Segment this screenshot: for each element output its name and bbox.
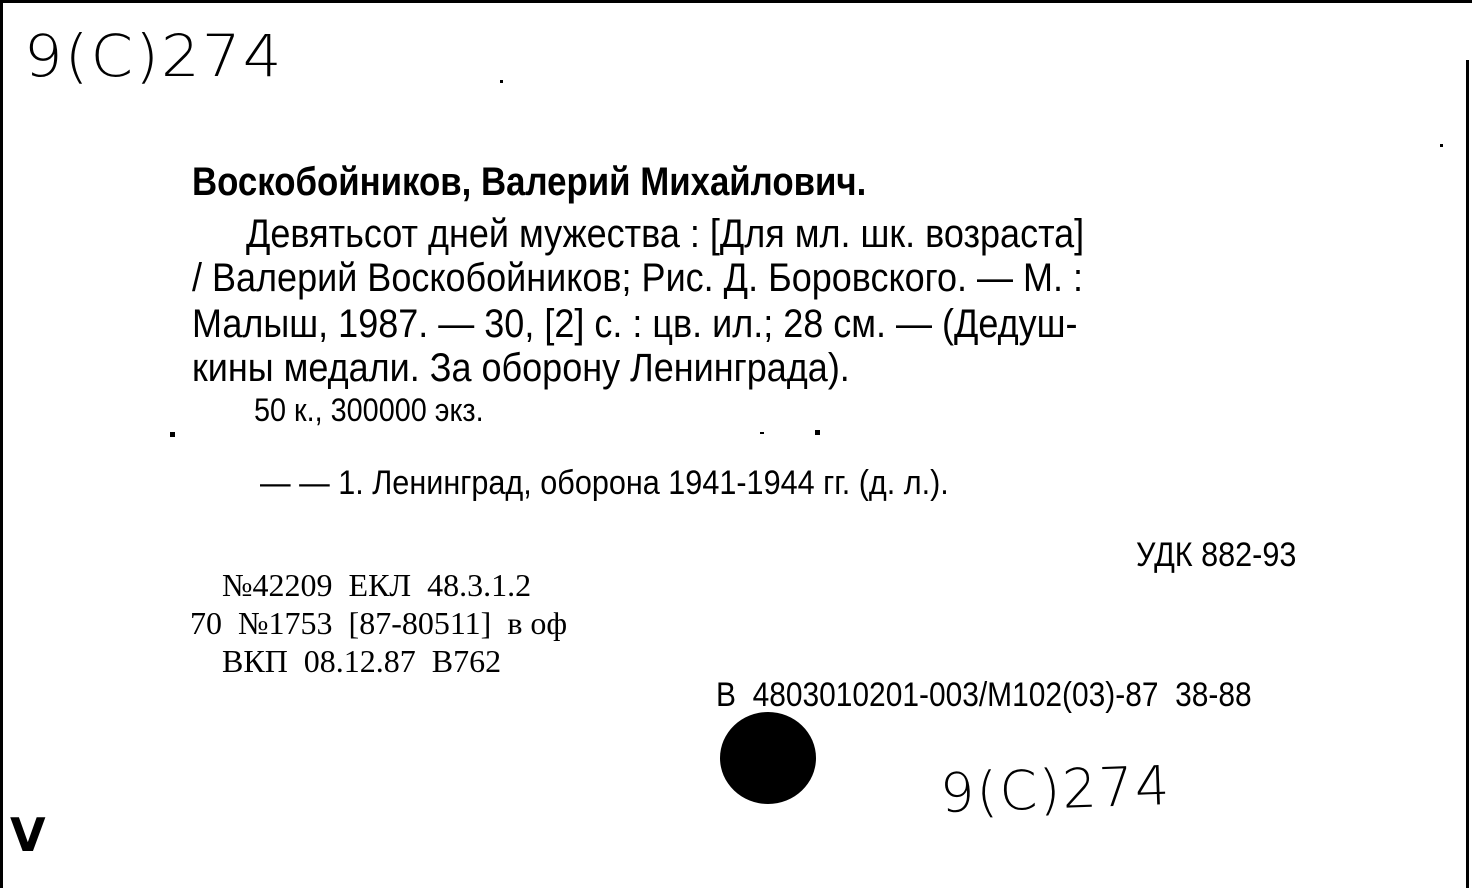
shelf-mark-handwritten-top: 9(С)274 xyxy=(24,22,284,90)
udk-code: УДК 882-93 xyxy=(1136,536,1296,575)
print-info-line-2: 70 №1753 [87-80511] в оф xyxy=(190,604,567,642)
description-line-4: кины медали. За оборону Ленинграда). xyxy=(192,346,850,391)
check-mark: V xyxy=(10,808,46,862)
scan-speck xyxy=(170,432,175,437)
print-info-line-1: №42209 ЕКЛ 48.3.1.2 xyxy=(190,566,567,604)
shelf-mark-handwritten-bottom: 9(С)274 xyxy=(939,754,1172,825)
description-line-3: Малыш, 1987. — 30, [2] с. : цв. ил.; 28 … xyxy=(192,302,1078,347)
card-border-right xyxy=(1466,60,1469,888)
card-border-left xyxy=(0,0,3,888)
scan-speck xyxy=(760,432,764,434)
scan-speck xyxy=(500,80,503,83)
catalog-card: 9(С)274 Воскобойников, Валерий Михайлови… xyxy=(0,0,1472,888)
card-border-top xyxy=(0,0,1472,3)
print-info-block: №42209 ЕКЛ 48.3.1.2 70 №1753 [87-80511] … xyxy=(190,566,567,680)
subject-heading: — — 1. Ленинград, оборона 1941-1944 гг. … xyxy=(260,464,949,503)
punch-hole-mark xyxy=(720,712,816,804)
description-line-1: Девятьсот дней мужества : [Для мл. шк. в… xyxy=(246,212,1084,257)
description-line-2: / Валерий Воскобойников; Рис. Д. Боровск… xyxy=(192,256,1083,301)
publisher-index-line: В 4803010201-003/М102(03)-87 38-88 xyxy=(716,676,1252,715)
price-and-print-run: 50 к., 300000 экз. xyxy=(254,392,484,429)
scan-speck xyxy=(815,430,820,435)
scan-speck xyxy=(1440,144,1443,147)
author-heading: Воскобойников, Валерий Михайлович. xyxy=(192,160,866,205)
print-info-line-3: ВКП 08.12.87 В762 xyxy=(190,642,567,680)
